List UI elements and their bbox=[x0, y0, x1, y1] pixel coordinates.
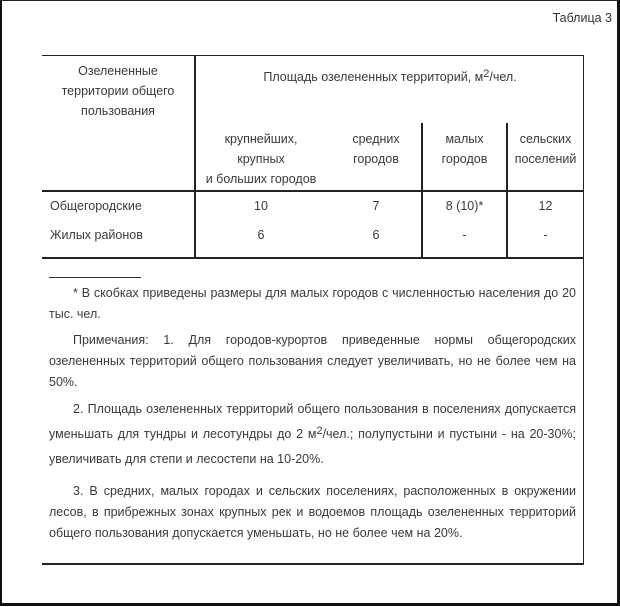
cell: - bbox=[423, 225, 506, 245]
note-3: 3. В средних, малых городах и сельских п… bbox=[49, 481, 576, 544]
header-divider bbox=[42, 190, 584, 192]
first-col-header: Озелененные территории общего пользовани… bbox=[42, 61, 194, 121]
note-1: Примечания: 1. Для городов-курортов прив… bbox=[49, 330, 576, 393]
cell: 10 bbox=[196, 196, 326, 216]
cell: - bbox=[507, 225, 584, 245]
row-label: Жилых районов bbox=[50, 225, 143, 245]
table-bottom-rule bbox=[42, 257, 584, 259]
table-caption: Таблица 3 bbox=[553, 11, 612, 25]
note-2: 2. Площадь озелененных территорий общего… bbox=[49, 397, 576, 472]
footnote: * В скобках приведены размеры для малых … bbox=[49, 283, 576, 325]
footnote-rule bbox=[49, 277, 141, 278]
col-header-large: крупнейших, крупных и больших городов bbox=[196, 129, 326, 189]
col-header-rural: сельских поселений bbox=[507, 129, 584, 169]
group-header: Площадь озелененных территорий, м2/чел. bbox=[196, 67, 584, 87]
row-label: Общегородские bbox=[50, 196, 142, 216]
cell: 12 bbox=[507, 196, 584, 216]
cell: 6 bbox=[336, 225, 416, 245]
col-header-small: малых городов bbox=[423, 129, 506, 169]
cell: 7 bbox=[336, 196, 416, 216]
cell: 8 (10)* bbox=[423, 196, 506, 216]
col-header-medium: средних городов bbox=[336, 129, 416, 169]
cell: 6 bbox=[196, 225, 326, 245]
